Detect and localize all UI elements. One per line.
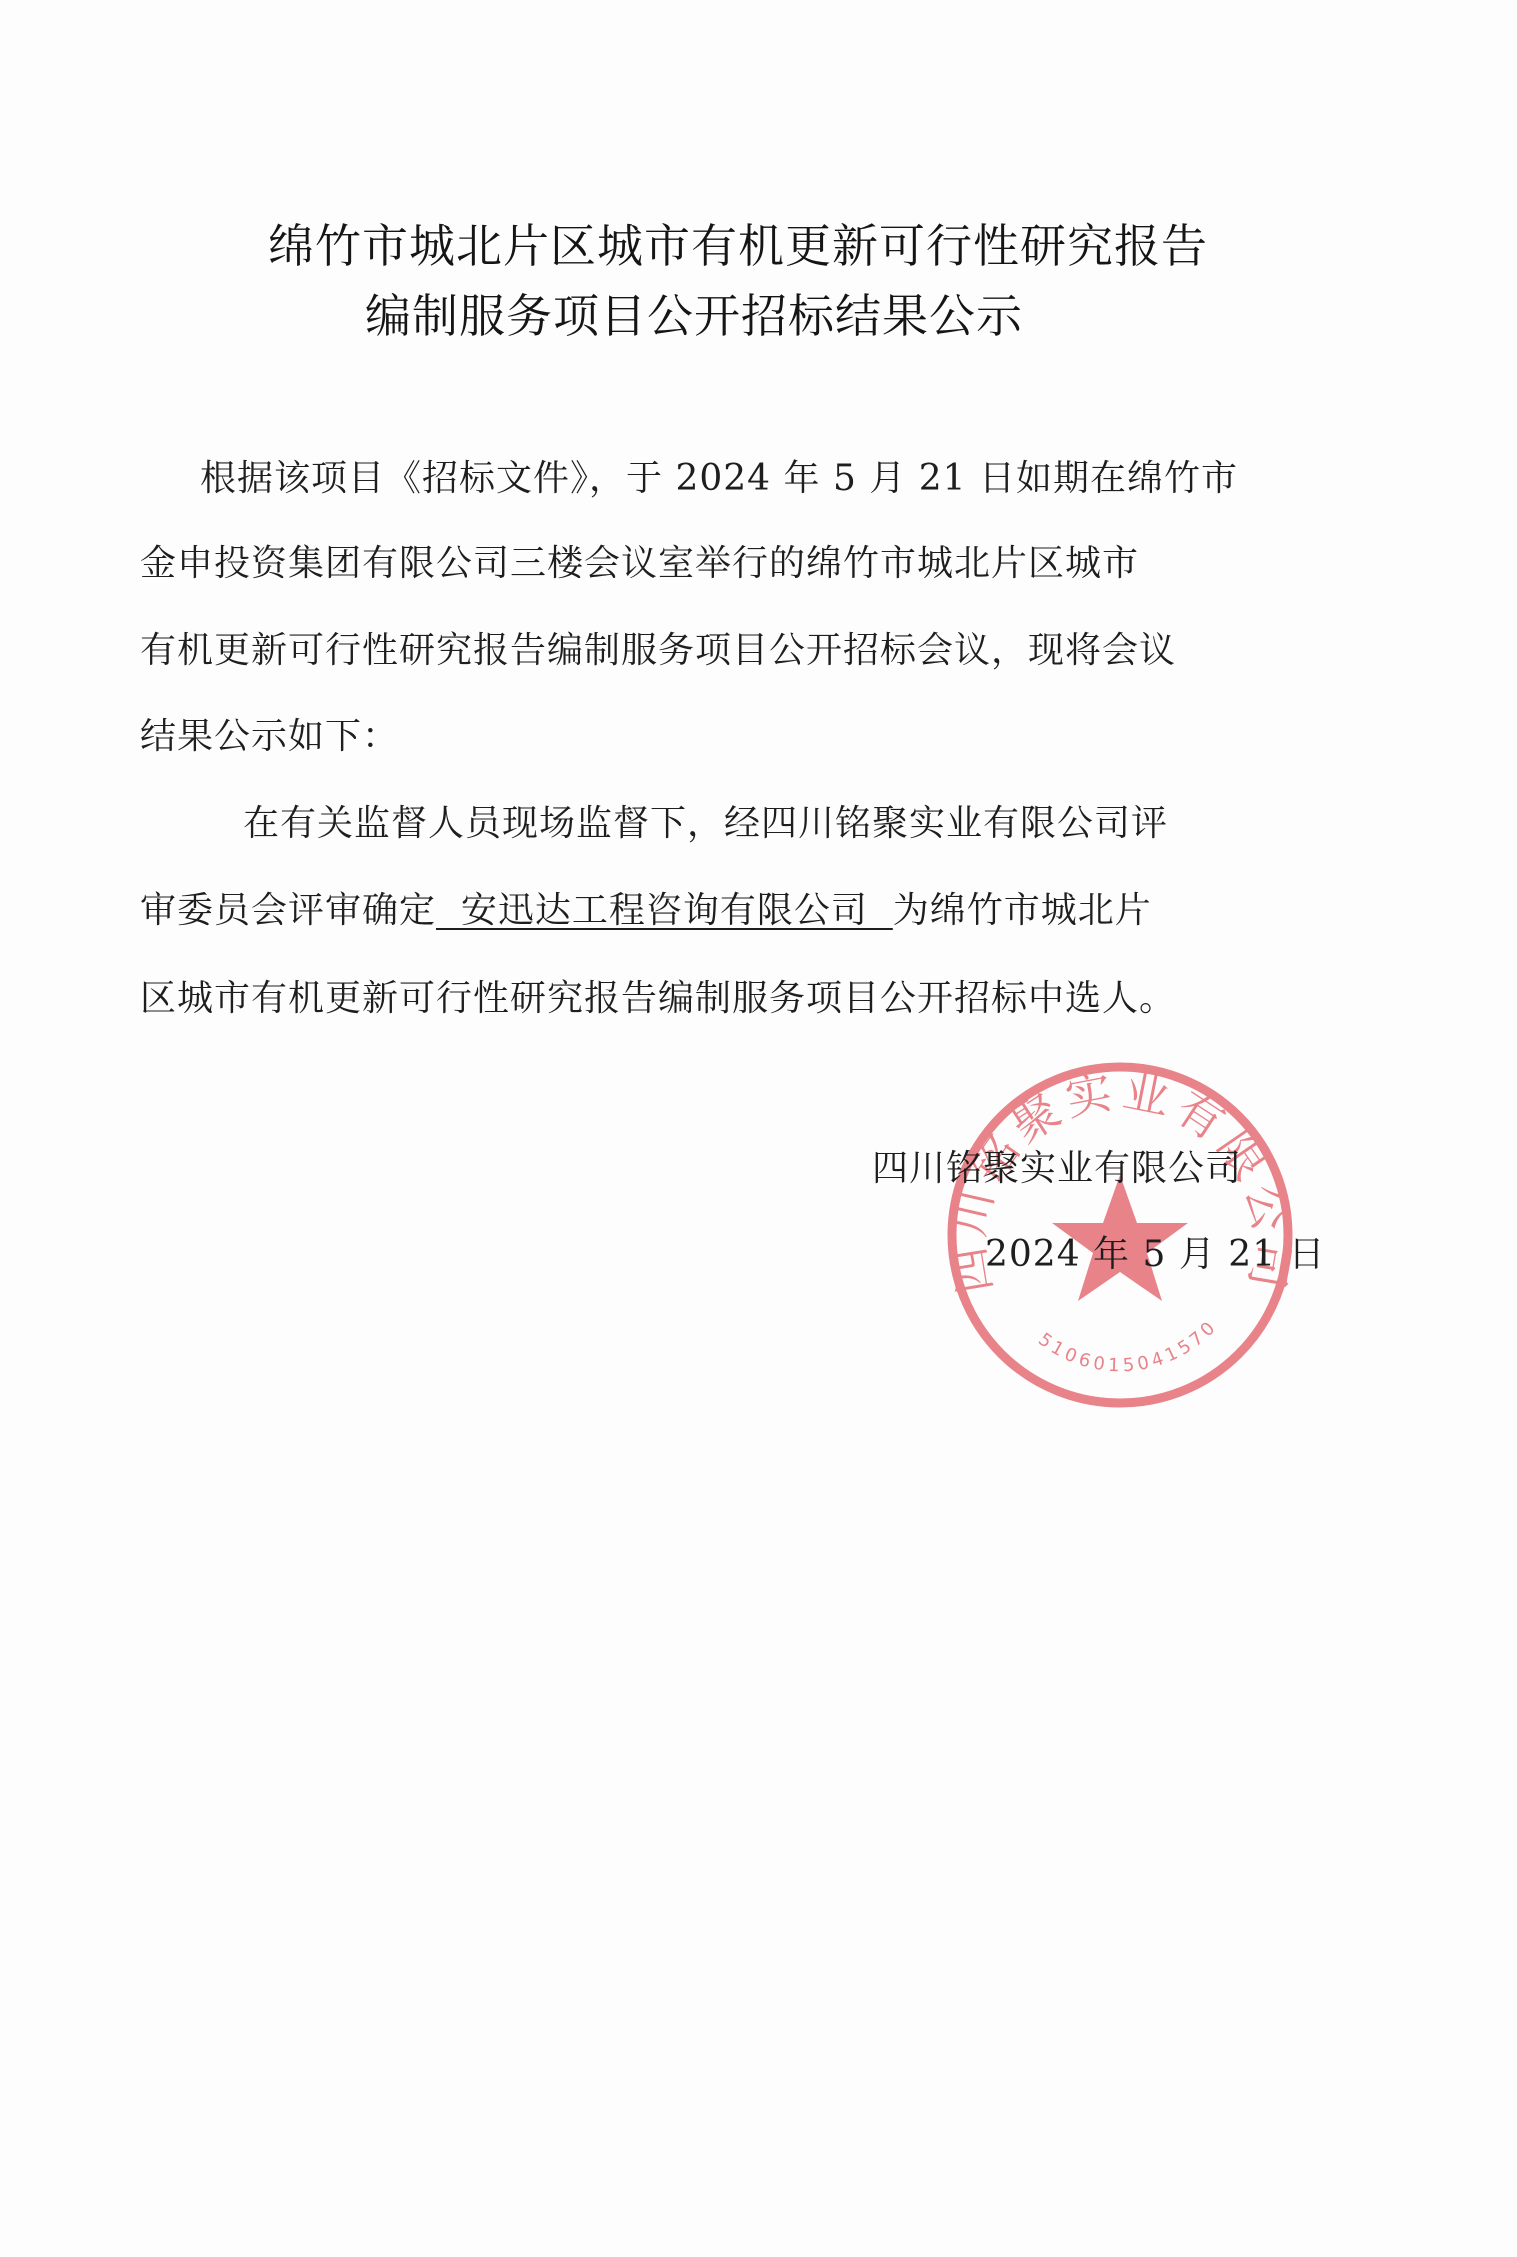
title-line-1: 绵竹市城北片区城市有机更新可行性研究报告: [268, 210, 1208, 276]
paragraph-1-line-2: 金申投资集团有限公司三楼会议室举行的绵竹市城北片区城市: [140, 535, 1139, 586]
paragraph-1-line-3: 有机更新可行性研究报告编制服务项目公开招标会议，现将会议: [140, 622, 1176, 673]
paragraph-1-line-4: 结果公示如下：: [140, 708, 399, 759]
winning-bidder: 安迅达工程咨询有限公司: [436, 890, 893, 931]
paragraph-2-line-1: 在有关监督人员现场监督下，经四川铭聚实业有限公司评: [243, 795, 1168, 846]
svg-text:5106015041570: 5106015041570: [1034, 1315, 1222, 1376]
signature-company: 四川铭聚实业有限公司: [872, 1140, 1242, 1191]
paragraph-2-line-3: 区城市有机更新可行性研究报告编制服务项目公开招标中选人。: [140, 970, 1176, 1021]
title-line-2: 编制服务项目公开招标结果公示: [365, 280, 1023, 346]
paragraph-2-line-2: 审委员会评审确定 安迅达工程咨询有限公司 为绵竹市城北片: [140, 882, 1152, 933]
paragraph-1-line-1: 根据该项目《招标文件》，于 2024 年 5 月 21 日如期在绵竹市: [200, 450, 1238, 501]
line-suffix: 为绵竹市城北片: [893, 890, 1152, 931]
line-prefix: 审委员会评审确定: [140, 890, 436, 931]
signature-date: 2024 年 5 月 21 日: [985, 1226, 1326, 1277]
